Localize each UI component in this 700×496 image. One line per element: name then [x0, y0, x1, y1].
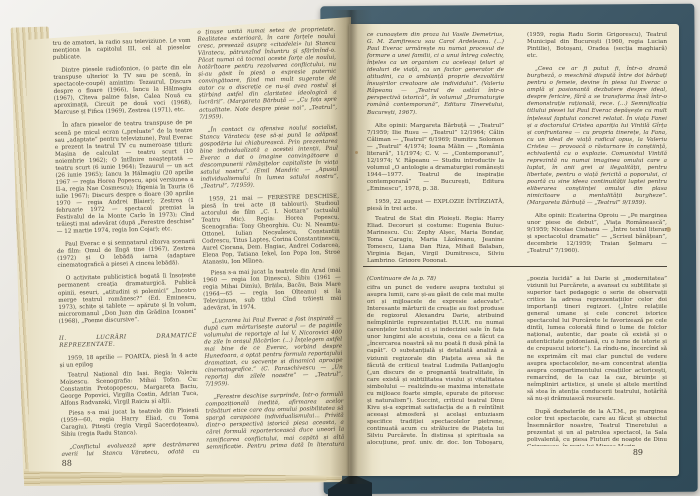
right-page-bottom-column-2: „poezia lucidă” a lui Darie și „modernit…	[527, 276, 667, 446]
right-page-top-column-1: ce cunoaștem din proza lui Vasile Demetr…	[367, 32, 504, 262]
foxing-spot	[355, 151, 358, 154]
page-number-right: 89	[633, 448, 643, 457]
paragraph: În afara pieselor de teatru transpuse de…	[54, 120, 194, 236]
left-page-content: tru de amatori, la radio sau televiziune…	[21, 11, 356, 480]
section-divider-rule	[363, 266, 667, 267]
left-page-column-1: tru de amatori, la radio sau televiziune…	[53, 38, 200, 457]
paragraph: O activitate publicistică bogată îi înso…	[58, 273, 197, 325]
left-page-column-2: o ținuse unită numai setea de proprietat…	[197, 27, 344, 450]
continuation-text: cifra un punct de vedere asupra textului…	[367, 285, 504, 446]
paragraph: Alte opinii: Margareta Bărbuță — „Teatru…	[367, 123, 504, 193]
paragraph: II. LUCRĂRI DRAMATICE REPREZENTATE.	[59, 333, 197, 350]
paragraph: ce cunoaștem din proza lui Vasile Demetr…	[367, 32, 504, 117]
right-page-bottom-column-1: (Continuare de la p. 78) cifra un punct …	[367, 276, 504, 446]
paragraph: „Conflictul evoluează spre destrămarea a…	[61, 442, 199, 457]
paragraph: (1959, regia Radu Sorin Grigorescu), Tea…	[527, 32, 667, 60]
foxing-spot	[666, 227, 671, 232]
paragraph: Dintre piesele radiofonice, (o parte din…	[53, 65, 192, 117]
book-scan: tru de amatori, la radio sau televiziune…	[0, 0, 700, 496]
paragraph: 1959, 18 aprilie — POARTA, piesă în 4 ac…	[59, 353, 197, 370]
right-page: ce cunoaștem din proza lui Vasile Demetr…	[349, 24, 679, 476]
paragraph: Teatrul Național din Iași. Regia: Valeri…	[60, 370, 199, 408]
paragraph: o ținuse unită numai setea de proprietat…	[197, 27, 337, 122]
paragraph: „Ferestre deschise surprinde, într-o for…	[205, 392, 344, 450]
paragraph: „În contact cu ofensiva noului socialist…	[199, 124, 338, 190]
right-page-top-column-2: (1959, regia Radu Sorin Grigorescu), Tea…	[527, 32, 667, 262]
paragraph: 1959, 22 august — EXPLOZIE ÎNTÎRZIATĂ, p…	[367, 199, 504, 213]
paragraph: „poezia lucidă” a lui Darie și „modernit…	[527, 276, 667, 403]
paragraph: Teatrul de Stat din Ploiești. Regia: Har…	[367, 216, 504, 262]
paragraph: Piesa s-a mai jucat la teatrele din Arad…	[203, 267, 342, 312]
paragraph: Alte opinii: Ecaterina Oproiu — „Pe marg…	[527, 213, 667, 255]
paragraph: 1959, 21 mai — FERESTRE DESCHISE, piesă …	[201, 194, 341, 267]
paragraph: Piesa s-a mai jucat la teatrele din Ploi…	[61, 408, 200, 439]
page-number-left: 88	[62, 459, 72, 468]
paragraph: tru de amatori, la radio sau televiziune…	[53, 38, 191, 62]
paragraph: „Lucrarea lui Paul Everac a fost inspira…	[204, 315, 344, 388]
paragraph: După dezbaterile de la A.T.M., pe margin…	[527, 409, 667, 446]
paragraph: „Ceea ce ar fi putut fi, într-o dramă bu…	[527, 66, 667, 207]
left-page: tru de amatori, la radio sau televiziune…	[26, 14, 351, 476]
paragraph: Paul Everac e și semnatarul cîtorva scen…	[57, 239, 196, 270]
continuation-label: (Continuare de la p. 78)	[367, 276, 504, 283]
paragraph: cifra un punct de vedere asupra textului…	[367, 285, 504, 446]
